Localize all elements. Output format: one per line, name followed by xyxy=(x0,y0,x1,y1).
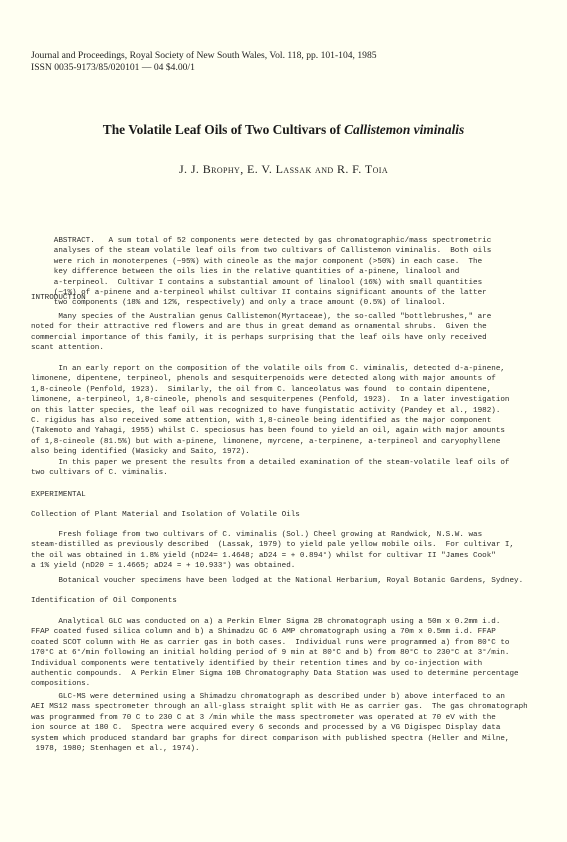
text-line: 1,8-cineole (Penfold, 1923). Similarly, … xyxy=(31,385,509,395)
title-prefix: The Volatile Leaf Oils of Two Cultivars … xyxy=(103,122,344,137)
text-line: also being identified (Wasicky and Saito… xyxy=(31,447,509,457)
text-line: commercial importance of this family, it… xyxy=(31,333,491,343)
text-line: on this latter species, the leaf oil was… xyxy=(31,406,509,416)
experimental-para-1: Fresh foliage from two cultivars of C. v… xyxy=(31,530,514,572)
introduction-heading: INTRODUCTION xyxy=(31,293,86,303)
text-line: two components (18% and 12%, respectivel… xyxy=(31,298,491,308)
experimental-subheading-1: Collection of Plant Material and Isolati… xyxy=(31,510,300,520)
text-line: limonene, a-terpineol, 1,8-cineole, phen… xyxy=(31,395,509,405)
text-line: a-terpineol. Cultivar I contains a subst… xyxy=(31,278,491,288)
text-line: 170°C at 6°/min following an initial hol… xyxy=(31,648,519,658)
text-line: ABSTRACT. A sum total of 52 components w… xyxy=(31,236,491,246)
experimental-para-4: GLC-MS were determined using a Shimadzu … xyxy=(31,692,528,754)
text-line: C. rigidus has also received some attent… xyxy=(31,416,509,426)
introduction-para-2: In an early report on the composition of… xyxy=(31,364,509,458)
issn-line: ISSN 0035-9173/85/020101 — 04 $4.00/1 xyxy=(31,62,377,74)
title-species: Callistemon viminalis xyxy=(344,122,464,137)
journal-citation: Journal and Proceedings, Royal Society o… xyxy=(31,50,377,74)
text-line: ion source at 180 C. Spectra were acquir… xyxy=(31,723,528,733)
text-line: were rich in monoterpenes (~95%) with ci… xyxy=(31,257,491,267)
introduction-para-3: In this paper we present the results fro… xyxy=(31,458,509,479)
text-line: two cultivars of C. viminalis. xyxy=(31,468,509,478)
text-line: key difference between the oils lies in … xyxy=(31,267,491,277)
text-line: Individual components were tentatively i… xyxy=(31,659,519,669)
text-line: analyses of the steam volatile leaf oils… xyxy=(31,246,491,256)
experimental-para-3: Analytical GLC was conducted on a) a Per… xyxy=(31,617,519,690)
text-line: of 1,8-cineole (81.5%) but with a-pinene… xyxy=(31,437,509,447)
text-line: authentic compounds. A Perkin Elmer Sigm… xyxy=(31,669,519,679)
text-line: In an early report on the composition of… xyxy=(31,364,509,374)
text-line: In this paper we present the results fro… xyxy=(31,458,509,468)
text-line: 1978, 1980; Stenhagen et al., 1974). xyxy=(31,744,528,754)
text-line: noted for their attractive red flowers a… xyxy=(31,322,491,332)
text-line: AEI MS12 mass spectrometer through an al… xyxy=(31,702,528,712)
text-line: limonene, dipentene, terpineol, phenols … xyxy=(31,374,509,384)
text-line: Many species of the Australian genus Cal… xyxy=(31,312,491,322)
experimental-subheading-2: Identification of Oil Components xyxy=(31,596,177,606)
text-line: FFAP coated fused silica column and b) a… xyxy=(31,627,519,637)
text-line: system which produced standard bar graph… xyxy=(31,734,528,744)
article-title: The Volatile Leaf Oils of Two Cultivars … xyxy=(0,122,567,138)
abstract: ABSTRACT. A sum total of 52 components w… xyxy=(31,236,491,309)
article-authors: J. J. Brophy, E. V. Lassak and R. F. Toi… xyxy=(0,162,567,177)
text-line: scant attention. xyxy=(31,343,491,353)
experimental-heading: EXPERIMENTAL xyxy=(31,490,86,500)
text-line: coated SCOT column with He as carrier ga… xyxy=(31,638,519,648)
text-line: Fresh foliage from two cultivars of C. v… xyxy=(31,530,514,540)
text-line: (Takemoto and Yahagi, 1955) whilst C. sp… xyxy=(31,426,509,436)
text-line: GLC-MS were determined using a Shimadzu … xyxy=(31,692,528,702)
introduction-para-1: Many species of the Australian genus Cal… xyxy=(31,312,491,354)
text-line: was programmed from 70 C to 230 C at 3 /… xyxy=(31,713,528,723)
text-line: steam-distilled as previously described … xyxy=(31,540,514,550)
text-line: (~1%) of a-pinene and a-terpineol whilst… xyxy=(31,288,491,298)
journal-line: Journal and Proceedings, Royal Society o… xyxy=(31,50,377,62)
experimental-para-2: Botanical voucher specimens have been lo… xyxy=(31,576,523,586)
text-line: Botanical voucher specimens have been lo… xyxy=(31,576,523,586)
text-line: a 1% yield (nD20 = 1.4665; aD24 = + 10.9… xyxy=(31,561,514,571)
text-line: compositions. xyxy=(31,679,519,689)
text-line: Analytical GLC was conducted on a) a Per… xyxy=(31,617,519,627)
text-line: the oil was obtained in 1.8% yield (nD24… xyxy=(31,551,514,561)
